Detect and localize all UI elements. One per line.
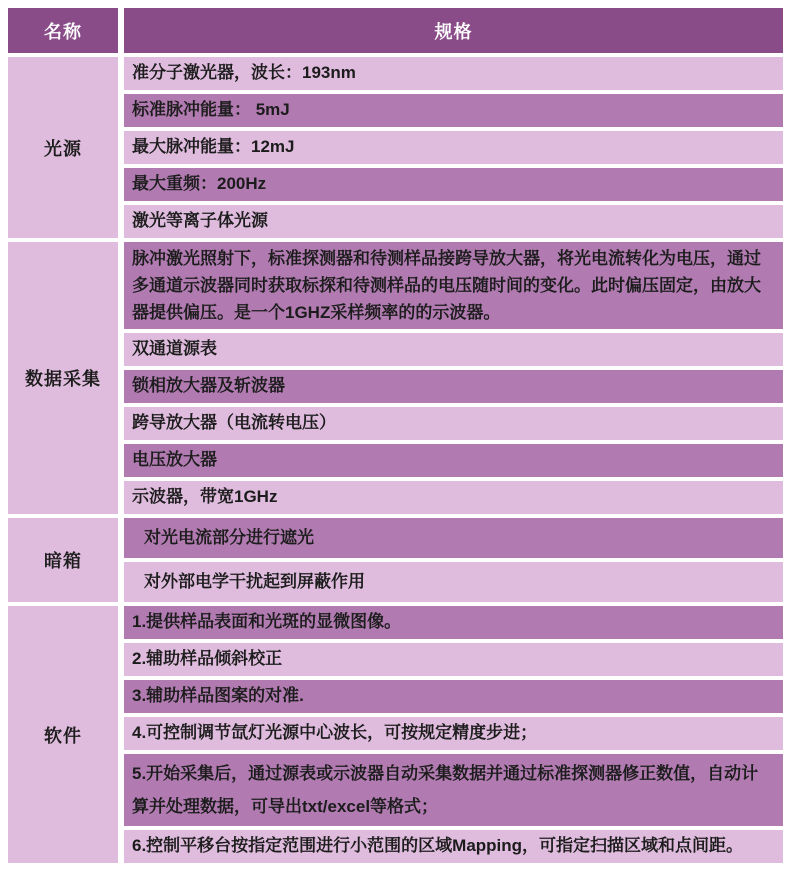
spec-row: 2.辅助样品倾斜校正 (124, 643, 783, 676)
section-rows: 1.提供样品表面和光斑的显微图像。 2.辅助样品倾斜校正 3.辅助样品图案的对准… (124, 606, 783, 863)
spec-row: 示波器，带宽1GHz (124, 481, 783, 514)
section-dark-box: 暗箱 对光电流部分进行遮光 对外部电学干扰起到屏蔽作用 (8, 518, 783, 602)
table-header-row: 名称 规格 (8, 8, 783, 53)
section-software: 软件 1.提供样品表面和光斑的显微图像。 2.辅助样品倾斜校正 3.辅助样品图案… (8, 606, 783, 863)
section-data-acquisition: 数据采集 脉冲激光照射下，标准探测器和待测样品接跨导放大器，将光电流转化为电压，… (8, 242, 783, 514)
spec-row: 激光等离子体光源 (124, 205, 783, 238)
spec-row: 最大重频：200Hz (124, 168, 783, 201)
spec-row: 4.可控制调节氙灯光源中心波长，可按规定精度步进； (124, 717, 783, 750)
header-cell-name: 名称 (8, 8, 118, 53)
spec-row: 6.控制平移台按指定范围进行小范围的区域Mapping，可指定扫描区域和点间距。 (124, 830, 783, 863)
spec-row: 对外部电学干扰起到屏蔽作用 (124, 562, 783, 602)
spec-row: 1.提供样品表面和光斑的显微图像。 (124, 606, 783, 639)
section-light-source: 光源 准分子激光器，波长：193nm 标准脉冲能量： 5mJ 最大脉冲能量：12… (8, 57, 783, 238)
section-name-data-acquisition: 数据采集 (8, 242, 118, 514)
section-name-software: 软件 (8, 606, 118, 863)
spec-row: 对光电流部分进行遮光 (124, 518, 783, 558)
spec-row: 5.开始采集后，通过源表或示波器自动采集数据并通过标准探测器修正数值，自动计算并… (124, 754, 783, 826)
section-rows: 脉冲激光照射下，标准探测器和待测样品接跨导放大器，将光电流转化为电压，通过多通道… (124, 242, 783, 514)
section-rows: 对光电流部分进行遮光 对外部电学干扰起到屏蔽作用 (124, 518, 783, 602)
spec-row: 标准脉冲能量： 5mJ (124, 94, 783, 127)
spec-row: 双通道源表 (124, 333, 783, 366)
spec-row: 跨导放大器（电流转电压） (124, 407, 783, 440)
spec-row: 脉冲激光照射下，标准探测器和待测样品接跨导放大器，将光电流转化为电压，通过多通道… (124, 242, 783, 329)
spec-row: 锁相放大器及斩波器 (124, 370, 783, 403)
section-name-dark-box: 暗箱 (8, 518, 118, 602)
header-cell-spec: 规格 (124, 8, 783, 53)
spec-row: 最大脉冲能量：12mJ (124, 131, 783, 164)
spec-row: 电压放大器 (124, 444, 783, 477)
spec-row: 准分子激光器，波长：193nm (124, 57, 783, 90)
page: 名称 规格 光源 准分子激光器，波长：193nm 标准脉冲能量： 5mJ 最大脉… (0, 0, 791, 874)
section-rows: 准分子激光器，波长：193nm 标准脉冲能量： 5mJ 最大脉冲能量：12mJ … (124, 57, 783, 238)
spec-row: 3.辅助样品图案的对准. (124, 680, 783, 713)
section-name-light-source: 光源 (8, 57, 118, 238)
specification-table: 名称 规格 光源 准分子激光器，波长：193nm 标准脉冲能量： 5mJ 最大脉… (8, 8, 783, 863)
